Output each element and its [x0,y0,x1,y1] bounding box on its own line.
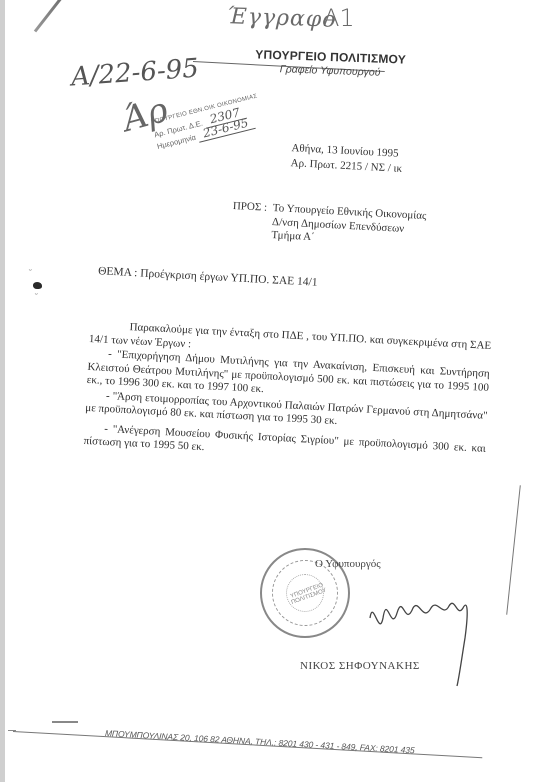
letter-body: Παρακαλούμε για την ένταξη στο ΠΔΕ , του… [83,319,491,469]
signature-block: ΥΠΟΥΡΓΕΙΟ ΠΟΛΙΤΙΣΜΟΥ Ο Υφυπουργός ΝΙΚΟΣ … [255,540,485,690]
subject-text: Προέγκριση έργων ΥΠ.ΠΟ. ΣΑΕ 14/1 [140,267,318,288]
handwritten-date-note: Α/22-6-95 [70,54,200,93]
ink-blot [33,282,42,289]
handwritten-document-id: Α1 [323,4,355,32]
scan-edge-line [506,485,521,614]
footer-mark [52,721,78,723]
recipient-label: ΠΡΟΣ : [232,200,273,216]
handwritten-document-label: Έγγραφο [227,4,337,33]
recipient-block: ΠΡΟΣ :Το Υπουργείο Εθνικής Οικονομίας Δ/… [231,200,427,251]
subject-line: ΘΕΜΑ : Προέγκριση έργων ΥΠ.ΠΟ. ΣΑΕ 14/1 [98,265,318,288]
letterhead: ΥΠΟΥΡΓΕΙΟ ΠΟΛΙΤΙΣΜΟΥ Γραφείο Υφυπουργού [255,47,407,79]
footer-address: ΜΠΟΥΜΠΟΥΛΙΝΑΣ 20, 106 82 ΑΘΗΝΑ, ΤΗΛ.: 82… [105,728,415,755]
pen-stroke-mark [34,0,79,32]
subject-label: ΘΕΜΑ : [98,265,138,279]
signer-role: Ο Υφυπουργός [315,558,381,570]
scanned-letter-page: Έγγραφο Α1 Α/22-6-95 Άρ ΥΠΟΥΡΓΕΙΟ ΠΟΛΙΤΙ… [5,0,550,782]
seal-text: ΥΠΟΥΡΓΕΙΟ ΠΟΛΙΤΙΣΜΟΥ [278,578,338,610]
letter-dateline: Αθήνα, 13 Ιουνίου 1995 Αρ. Πρωτ. 2215 / … [290,141,403,177]
received-stamp: ΥΠΟΥΡΓΕΙΟ ΕΘΝ.ΟΙΚ ΟΙΚΟΝΟΜΙΑΣ Αρ. Πρωτ. Δ… [150,92,265,152]
punch-mark: ˘ [35,292,38,302]
punch-mark: ˘ [29,268,32,278]
signer-name: ΝΙΚΟΣ ΣΗΦΟΥΝΑΚΗΣ [300,660,420,672]
